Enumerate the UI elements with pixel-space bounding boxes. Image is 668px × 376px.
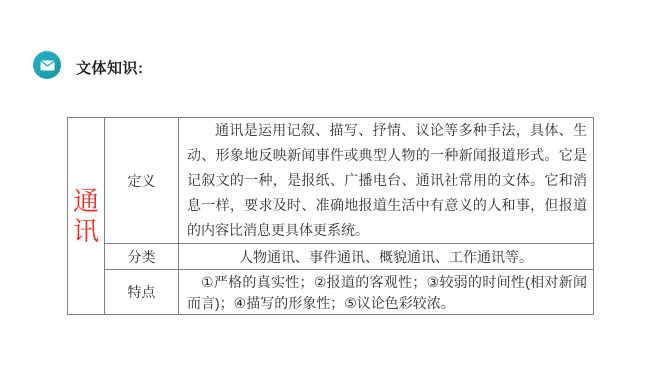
features-content-cell: ①严格的真实性；②报道的客观性；③较弱的时间性(相对新闻而言)；④描写的形象性；… [179,270,594,315]
definition-text: 通讯是运用记叙、描写、抒情、议论等多种手法，具体、生动、形象地反映新闻事件或典型… [187,118,587,243]
page-title: 文体知识: [76,57,144,78]
table-row-classification: 分类 人物通讯、事件通讯、概貌通讯、工作通讯等。 [68,244,594,270]
row-header-text: 通讯 [73,186,100,246]
slide-canvas: 文体知识: 通讯 定义 通讯是运用记叙、描写、抒情、议论等多种手法，具体、生动、… [0,0,668,376]
table-row-definition: 通讯 定义 通讯是运用记叙、描写、抒情、议论等多种手法，具体、生动、形象地反映新… [68,118,594,244]
definition-content-cell: 通讯是运用记叙、描写、抒情、议论等多种手法，具体、生动、形象地反映新闻事件或典型… [179,118,594,244]
table-row-header-cell: 通讯 [68,118,105,315]
table-row-features: 特点 ①严格的真实性；②报道的客观性；③较弱的时间性(相对新闻而言)；④描写的形… [68,270,594,315]
features-text: ①严格的真实性；②报道的客观性；③较弱的时间性(相对新闻而言)；④描写的形象性；… [187,272,587,314]
row-label-features: 特点 [105,270,179,315]
knowledge-table: 通讯 定义 通讯是运用记叙、描写、抒情、议论等多种手法，具体、生动、形象地反映新… [67,117,594,315]
envelope-icon [33,51,61,79]
row-label-definition: 定义 [105,118,179,244]
row-label-classification: 分类 [105,244,179,270]
classification-text: 人物通讯、事件通讯、概貌通讯、工作通讯等。 [179,244,594,270]
